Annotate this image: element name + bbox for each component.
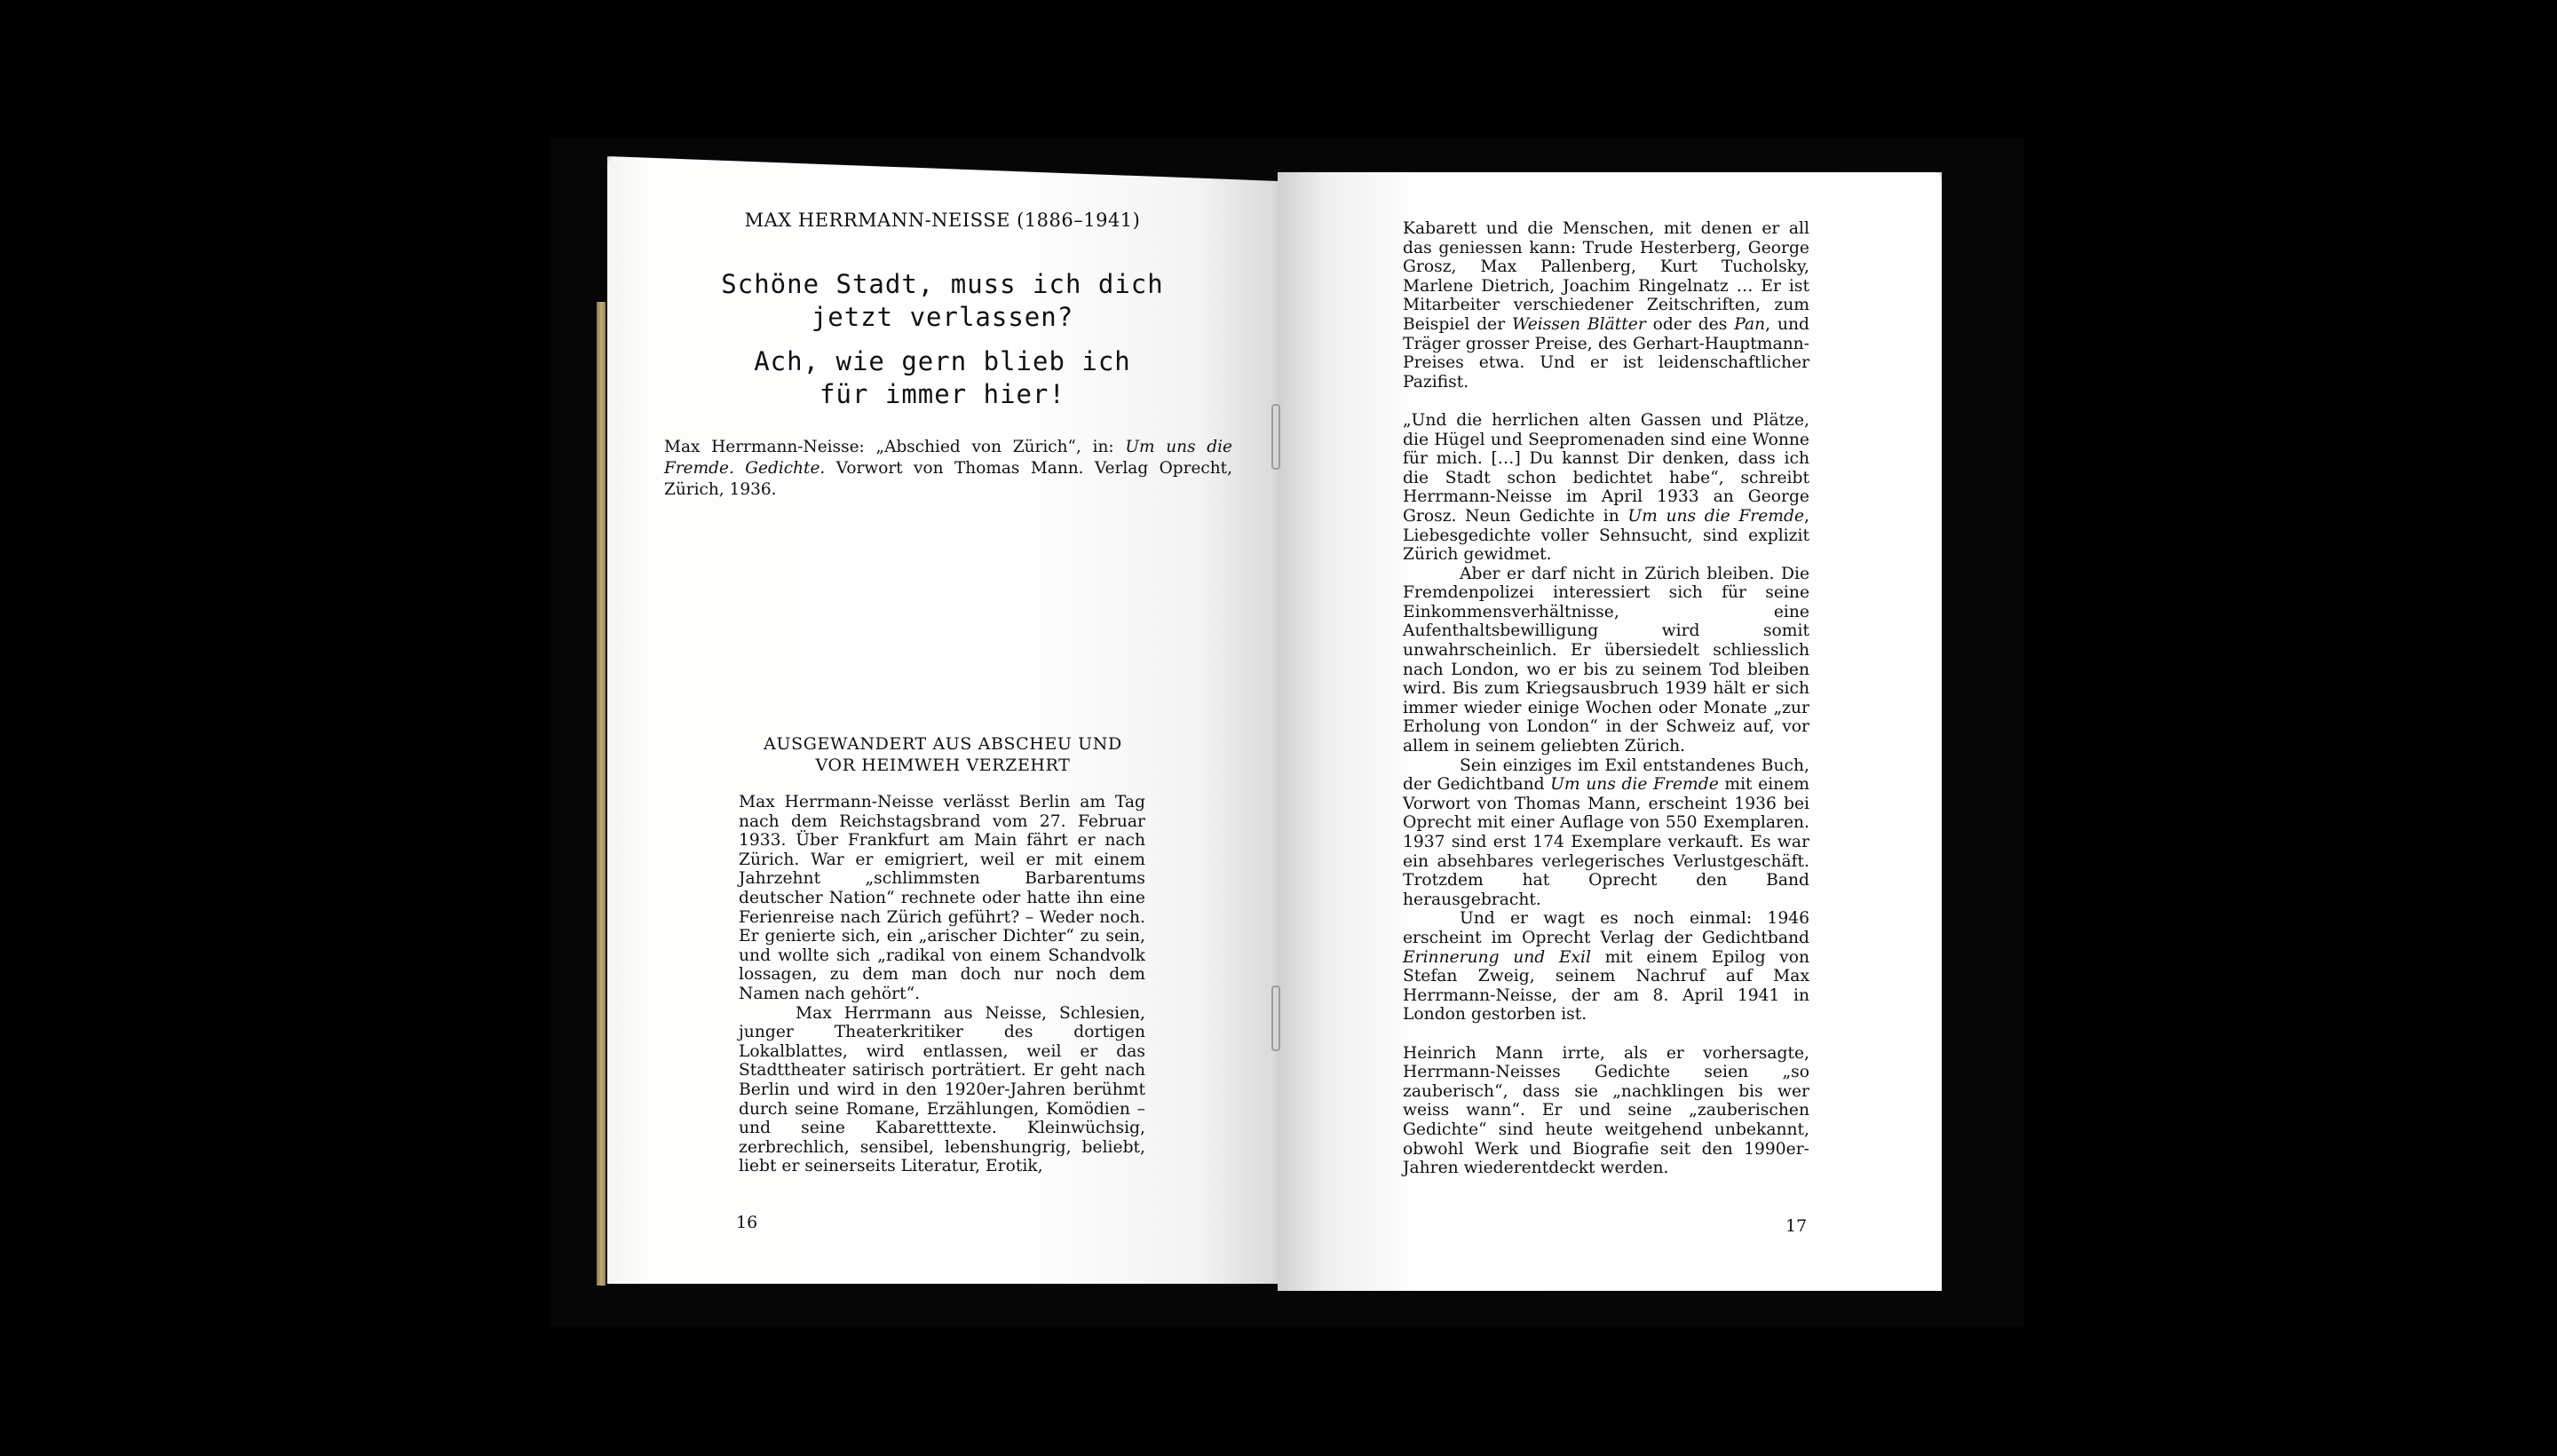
poem-verse: Ach, wie gern blieb ich bbox=[607, 345, 1278, 378]
staple-icon bbox=[1271, 985, 1280, 1051]
body-paragraph: Sein einziges im Exil entstandenes Buch,… bbox=[1403, 756, 1809, 910]
poem-citation: Max Herrmann-Neisse: „Abschied von Züric… bbox=[664, 437, 1232, 501]
body-paragraph: Und er wagt es noch einmal: 1946 erschei… bbox=[1403, 909, 1809, 1025]
body-paragraph: Heinrich Mann irrte, als er vorhersagte,… bbox=[1403, 1044, 1809, 1178]
section-heading-line: AUSGEWANDERT AUS ABSCHEU UND bbox=[740, 733, 1145, 755]
body-paragraph: Kabarett und die Menschen, mit denen er … bbox=[1403, 219, 1809, 392]
poem-verse: jetzt verlassen? bbox=[607, 301, 1278, 334]
poem-verse: für immer hier! bbox=[607, 378, 1278, 411]
poem-quote-line-1: Schöne Stadt, muss ich dich jetzt verlas… bbox=[607, 268, 1278, 334]
page-number: 16 bbox=[736, 1213, 757, 1232]
body-paragraph: Max Herrmann aus Neisse, Schlesien, jung… bbox=[739, 1004, 1145, 1176]
poem-quote-line-2: Ach, wie gern blieb ich für immer hier! bbox=[607, 345, 1278, 411]
section-heading-line: VOR HEIMWEH VERZEHRT bbox=[740, 755, 1145, 776]
left-body-text: Max Herrmann-Neisse verlässt Berlin am T… bbox=[739, 793, 1145, 1176]
book-cover-edge bbox=[597, 302, 606, 1286]
staple-icon bbox=[1271, 404, 1280, 470]
body-paragraph: Aber er darf nicht in Zürich bleiben. Di… bbox=[1403, 565, 1809, 756]
page-number: 17 bbox=[1785, 1216, 1807, 1236]
body-paragraph: Max Herrmann-Neisse verlässt Berlin am T… bbox=[739, 793, 1145, 1004]
poem-verse: Schöne Stadt, muss ich dich bbox=[607, 268, 1278, 301]
right-body-text: Kabarett und die Menschen, mit denen er … bbox=[1403, 219, 1809, 1178]
citation-text: Max Herrmann-Neisse: „Abschied von Züric… bbox=[664, 438, 1125, 456]
section-heading: AUSGEWANDERT AUS ABSCHEU UND VOR HEIMWEH… bbox=[740, 733, 1145, 776]
body-paragraph: „Und die herrlichen alten Gassen und Plä… bbox=[1403, 411, 1809, 565]
author-heading: MAX HERRMANN-NEISSE (1886–1941) bbox=[607, 210, 1278, 231]
